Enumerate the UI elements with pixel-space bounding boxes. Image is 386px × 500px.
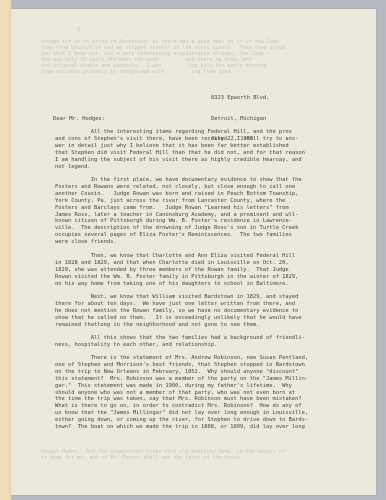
- bleed-through-text-top: -2- enough for us to drive to Bardstown,…: [41, 27, 361, 87]
- text-line: I am handling the subject of his visit t…: [55, 157, 305, 164]
- paragraph-1: All the interesting items regarding Fede…: [55, 129, 305, 170]
- text-line: in 1828 and 1829, and that when Charlott…: [55, 260, 298, 267]
- text-line: There is the statement of Mrs. Andrew Ro…: [55, 355, 308, 362]
- text-line: All this shows that the two families had…: [55, 335, 305, 342]
- text-line: show that he called on them. It is excee…: [55, 315, 302, 322]
- text-line: occupies several pages of Eliza Foster's…: [55, 232, 302, 239]
- text-line: this statement? Mrs. Robinson was a memb…: [55, 376, 308, 383]
- text-line: Fosters and Barclays came from. Judge Ro…: [55, 205, 302, 212]
- background-strip: [0, 0, 11, 500]
- text-line: Fosters and Rowans were related, not clo…: [55, 184, 302, 191]
- letter-page: -2- enough for us to drive to Bardstown,…: [11, 9, 376, 495]
- text-line: What is there to go on, in order to cont…: [55, 403, 308, 410]
- text-line: that Stephen did visit Federal Hill than…: [55, 150, 305, 157]
- text-line: should anyone who was not a member of th…: [55, 390, 308, 397]
- bleed-through-text-bottom: Chapel Hymns. And the stepbrother loves …: [41, 449, 361, 479]
- paragraph-2: In the first place, we have documentary …: [55, 177, 302, 246]
- address-city: Detroit, Michigan: [211, 116, 269, 123]
- text-line: another Cousin. Judge Rowan was born and…: [55, 191, 302, 198]
- text-line: James Ross, later a teacher in Canonsbur…: [55, 212, 302, 219]
- paragraph-6: There is the statement of Mrs. Andrew Ro…: [55, 355, 308, 431]
- text-line: 1829, she was attended by three members …: [55, 267, 298, 274]
- text-line: wer in detail just why I believe that it…: [55, 143, 305, 150]
- text-line: one of Stephen and Morrison's best frien…: [55, 362, 308, 369]
- text-line: ville. The description of the drowning o…: [55, 225, 302, 232]
- text-line: Rowan visited the Wm. B. Foster family i…: [55, 274, 298, 281]
- text-line: the time the trip was taken, say that Mr…: [55, 396, 308, 403]
- text-line: ness, hospitality to each other, and rel…: [55, 342, 305, 349]
- text-line: there for about ten days. We have just o…: [55, 301, 302, 308]
- address-street: 8323 Epworth Blvd.: [211, 95, 269, 102]
- paragraph-3: Then, we know that Charlotte and Ann Eli…: [55, 253, 298, 288]
- text-line: either going down, or coming up the rive…: [55, 417, 308, 424]
- text-line: Next, we know that William visited Bards…: [55, 294, 302, 301]
- text-line: All the interesting items regarding Fede…: [55, 129, 305, 136]
- text-line: gar." This statement was made in 1900, d…: [55, 383, 308, 390]
- text-line: not legend.: [55, 164, 305, 171]
- text-line: on the trip to New Orleans in February, …: [55, 369, 308, 376]
- text-line: Then, we know that Charlotte and Ann Eli…: [55, 253, 298, 260]
- salutation: Dear Mr. Hodges:: [53, 116, 105, 123]
- text-line: were close friends.: [55, 239, 302, 246]
- text-line: In the first place, we have documentary …: [55, 177, 302, 184]
- text-line: he does not mention the Rowan family, so…: [55, 308, 302, 315]
- text-line: and cons of Stephen's visit there, have …: [55, 136, 305, 143]
- text-line: known citizen of Pittsburgh during Wm. B…: [55, 218, 302, 225]
- text-line: us know that the "James Millingar" did n…: [55, 410, 308, 417]
- paragraph-4: Next, we know that William visited Bards…: [55, 294, 302, 329]
- paragraph-5: All this shows that the two families had…: [55, 335, 305, 349]
- text-line: remained thatlong in the neighborhood an…: [55, 322, 302, 329]
- text-line: York County, Pa. just across the river f…: [55, 198, 302, 205]
- text-line: town? The boat on which we made the trip…: [55, 424, 308, 431]
- text-line: on his way home from taking one of his d…: [55, 281, 298, 288]
